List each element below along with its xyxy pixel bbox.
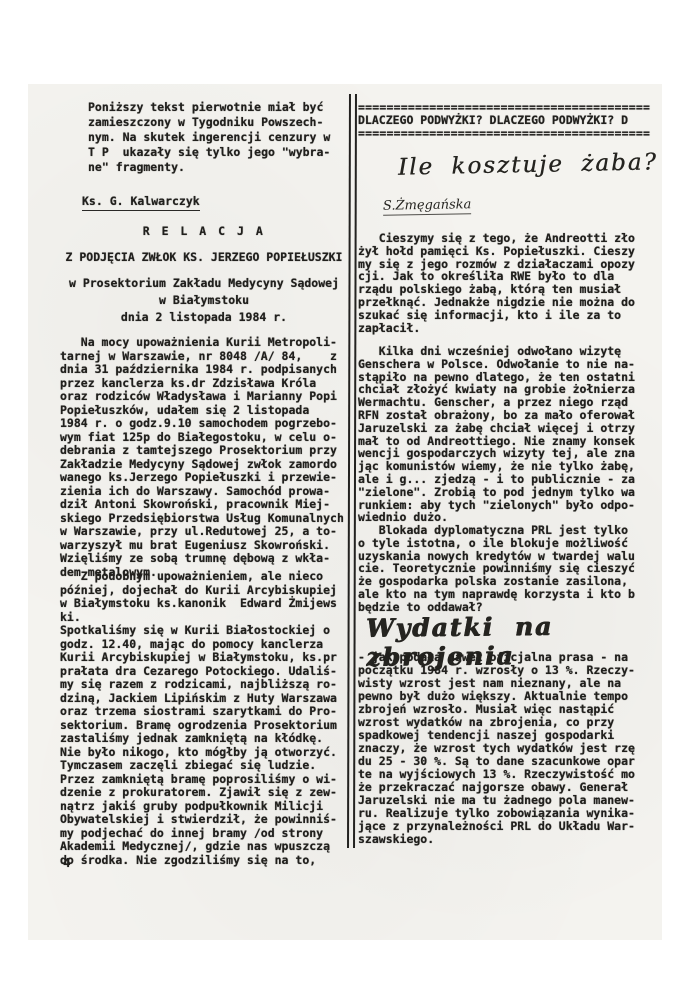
right-paragraph-1: Cieszymy się z tego, że Andreotti zło ży… [358, 232, 640, 334]
right-paragraph-3: Blokada dyplomatyczna PRL jest tylko o t… [358, 524, 640, 614]
report-heading-line1: Z PODJĘCIA ZWŁOK KS. JERZEGO POPIEŁUSZKI [60, 250, 348, 264]
left-paragraph-1: Na mocy upoważnienia Kurii Metropoli- ta… [60, 336, 350, 579]
banner-rule-top: ========================================… [358, 101, 642, 114]
report-heading-date: dnia 2 listopada 1984 r. [60, 310, 348, 324]
page-number: 4 [63, 855, 71, 870]
handwritten-article-title: Ile kosztuje żaba? [398, 149, 658, 180]
author-name: Ks. G. Kalwarczyk [82, 194, 200, 211]
right-paragraph-2: Kilka dni wcześniej odwołano wizytę Gens… [358, 345, 640, 524]
handwritten-signature: S.Żmęgańska [383, 197, 472, 216]
censorship-note: Poniższy tekst pierwotnie miał być zamie… [88, 100, 360, 175]
banner-title: DLACZEGO PODWYŻKI? DLACZEGO PODWYŻKI? D [358, 114, 642, 127]
right-paragraph-4: - jak podała nawet oficjalna prasa - na … [358, 651, 640, 846]
report-heading-relacja: R E L A C J A [60, 224, 348, 238]
left-paragraph-2: Z podobnym upoważnieniem, ale nieco późn… [60, 570, 350, 867]
report-heading-line3: w Białymstoku [60, 293, 348, 307]
report-heading-line2: w Prosektorium Zakładu Medycyny Sądowej [60, 276, 348, 290]
banner-rule-bottom: ========================================… [358, 127, 642, 140]
